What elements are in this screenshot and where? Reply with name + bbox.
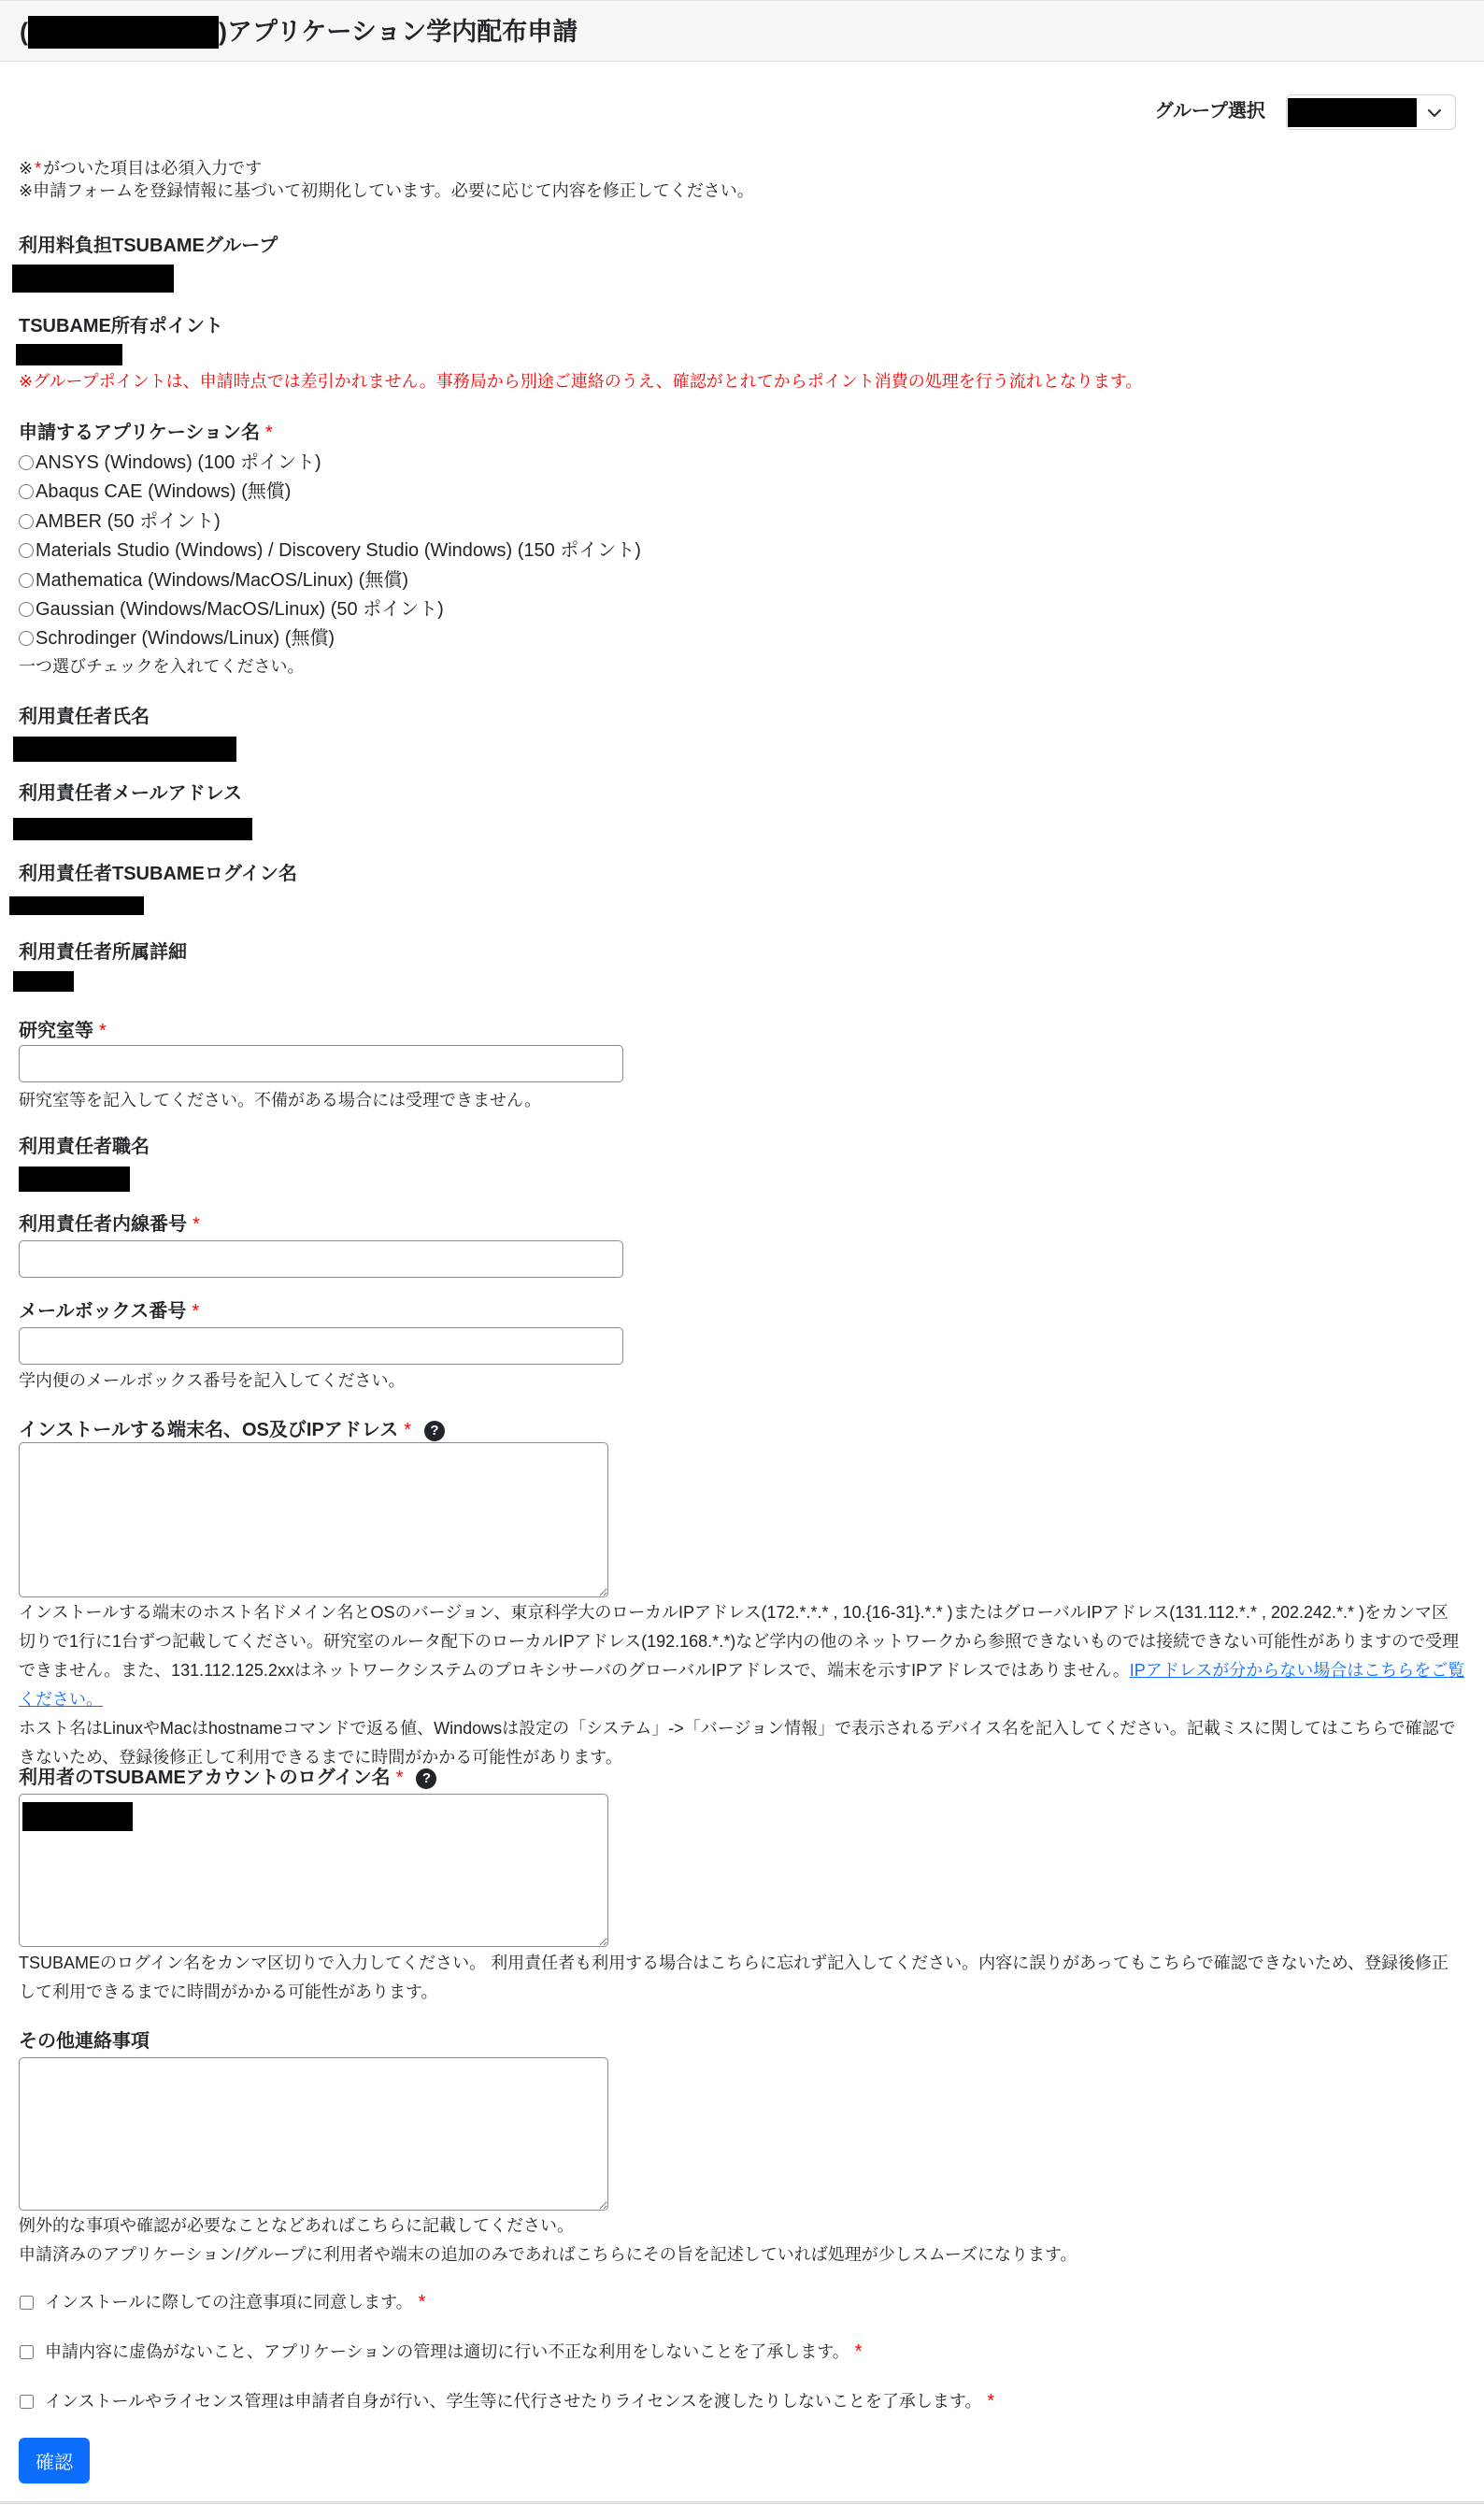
app-option-label: Abaqus CAE (Windows) (無償) — [36, 477, 291, 507]
app-radio[interactable] — [19, 543, 34, 558]
mailbox-help: 学内便のメールボックス番号を記入してください。 — [19, 1367, 405, 1396]
agreement-install-notes[interactable]: インストールに際しての注意事項に同意します。* — [20, 2287, 425, 2317]
required-mark: * — [193, 1214, 200, 1235]
required-mark: * — [192, 1301, 199, 1322]
redacted-group-value — [1288, 98, 1417, 127]
agreement-label: インストールに際しての注意事項に同意します。 — [45, 2287, 413, 2317]
manager-title-value-redacted — [19, 1167, 130, 1192]
app-radio[interactable] — [19, 631, 34, 646]
app-option-materials-studio[interactable]: Materials Studio (Windows) / Discovery S… — [19, 536, 641, 565]
app-option-gaussian[interactable]: Gaussian (Windows/MacOS/Linux) (50 ポイント) — [19, 594, 444, 624]
billing-group-label: 利用料負担TSUBAMEグループ — [19, 231, 278, 261]
prefill-note: ※申請フォームを登録情報に基づいて初期化しています。必要に応じて内容を修正してく… — [19, 179, 754, 202]
required-mark: * — [35, 159, 41, 178]
app-option-label: Gaussian (Windows/MacOS/Linux) (50 ポイント) — [36, 594, 444, 624]
application-label: 申請するアプリケーション名* — [19, 418, 273, 448]
app-option-label: Schrodinger (Windows/Linux) (無償) — [36, 623, 335, 653]
required-mark: * — [987, 2386, 994, 2416]
agreement-no-falsehood[interactable]: 申請内容に虚偽がないこと、アプリケーションの管理は適切に行い不正な利用をしないこ… — [20, 2337, 863, 2367]
help-icon[interactable]: ? — [416, 1768, 436, 1789]
app-option-label: Materials Studio (Windows) / Discovery S… — [36, 536, 641, 565]
user-logins-help: TSUBAMEのログイン名をカンマ区切りで入力してください。 利用責任者も利用す… — [19, 1949, 1465, 2007]
points-label: TSUBAME所有ポイント — [19, 311, 223, 341]
user-logins-value-redacted — [22, 1802, 133, 1831]
app-option-label: ANSYS (Windows) (100 ポイント) — [36, 448, 321, 478]
required-note-text: がついた項目は必須入力です — [43, 159, 262, 178]
group-select[interactable] — [1286, 94, 1456, 130]
mailbox-label: メールボックス番号* — [19, 1296, 199, 1326]
agreement-checkbox[interactable] — [20, 2296, 34, 2310]
agreement-label: 申請内容に虚偽がないこと、アプリケーションの管理は適切に行い不正な利用をしないこ… — [45, 2337, 849, 2367]
help-icon[interactable]: ? — [424, 1421, 445, 1441]
mailbox-input[interactable] — [19, 1327, 623, 1365]
terminals-textarea[interactable] — [19, 1442, 608, 1597]
required-mark: * — [855, 2337, 863, 2367]
app-radio[interactable] — [19, 602, 34, 617]
app-option-ansys[interactable]: ANSYS (Windows) (100 ポイント) — [19, 448, 321, 478]
required-note: ※*がついた項目は必須入力です — [19, 157, 262, 179]
required-mark: * — [419, 2287, 426, 2317]
terminals-label-text: インストールする端末名、OS及びIPアドレス — [19, 1420, 398, 1440]
mailbox-label-text: メールボックス番号 — [19, 1301, 186, 1322]
other-label: その他連絡事項 — [19, 2026, 150, 2056]
app-radio[interactable] — [19, 484, 34, 499]
app-option-amber[interactable]: AMBER (50 ポイント) — [19, 507, 221, 537]
confirm-button[interactable]: 確認 — [19, 2438, 90, 2484]
lab-help: 研究室等を記入してください。不備がある場合には受理できません。 — [19, 1086, 541, 1115]
required-mark: * — [396, 1768, 404, 1788]
app-option-mathematica[interactable]: Mathematica (Windows/MacOS/Linux) (無償) — [19, 565, 408, 595]
manager-affiliation-label: 利用責任者所属詳細 — [19, 938, 187, 967]
app-radio[interactable] — [19, 573, 34, 588]
app-radio[interactable] — [19, 514, 34, 529]
chevron-down-icon — [1427, 107, 1442, 120]
manager-email-value-redacted — [13, 818, 252, 840]
manager-login-label: 利用責任者TSUBAMEログイン名 — [19, 859, 297, 889]
manager-login-value-redacted — [9, 896, 144, 915]
app-radio[interactable] — [19, 455, 34, 470]
manager-affiliation-value-redacted — [13, 971, 74, 992]
extension-label-text: 利用責任者内線番号 — [19, 1214, 187, 1235]
note-prefix: ※ — [19, 159, 33, 178]
title-open: ( — [20, 1, 28, 63]
lab-input[interactable] — [19, 1045, 623, 1082]
required-mark: * — [99, 1021, 107, 1041]
page-header: ()アプリケーション学内配布申請 — [0, 0, 1484, 62]
manager-name-label: 利用責任者氏名 — [19, 702, 150, 732]
terminals-label: インストールする端末名、OS及びIPアドレス*? — [19, 1415, 445, 1445]
required-mark: * — [265, 422, 273, 443]
app-option-label: AMBER (50 ポイント) — [36, 507, 221, 537]
app-option-label: Mathematica (Windows/MacOS/Linux) (無償) — [36, 565, 408, 595]
application-label-text: 申請するアプリケーション名 — [19, 422, 260, 443]
agreement-checkbox[interactable] — [20, 2345, 34, 2359]
agreement-self-management[interactable]: インストールやライセンス管理は申請者自身が行い、学生等に代行させたりライセンスを… — [20, 2386, 994, 2416]
app-option-abaqus[interactable]: Abaqus CAE (Windows) (無償) — [19, 477, 291, 507]
manager-name-value-redacted — [13, 737, 236, 762]
terminals-hostname-help: ホスト名はLinuxやMacはhostnameコマンドで返る値、Windowsは… — [19, 1719, 1456, 1767]
application-form-page: ()アプリケーション学内配布申請 グループ選択 ※*がついた項目は必須入力です … — [0, 0, 1484, 2505]
extension-input[interactable] — [19, 1240, 623, 1278]
billing-group-value-redacted — [12, 265, 174, 293]
required-mark: * — [404, 1420, 411, 1440]
manager-title-label: 利用責任者職名 — [19, 1132, 150, 1162]
agreement-checkbox[interactable] — [20, 2395, 34, 2409]
agreement-label: インストールやライセンス管理は申請者自身が行い、学生等に代行させたりライセンスを… — [45, 2386, 981, 2416]
user-logins-label: 利用者のTSUBAMEアカウントのログイン名*? — [19, 1763, 436, 1793]
application-help: 一つ選びチェックを入れてください。 — [19, 652, 304, 681]
manager-email-label: 利用責任者メールアドレス — [19, 779, 242, 809]
group-select-label: グループ選択 — [1155, 96, 1265, 126]
other-help-2: 申請済みのアプリケーション/グループに利用者や端末の追加のみであればこちらにその… — [19, 2240, 1077, 2269]
redacted-title-part — [28, 16, 219, 49]
extension-label: 利用責任者内線番号* — [19, 1210, 200, 1239]
title-text: )アプリケーション学内配布申請 — [219, 1, 578, 63]
card-bottom-border — [0, 2501, 1484, 2504]
points-value-redacted — [16, 344, 122, 365]
points-warning: ※グループポイントは、申請時点では差引かれません。事務局から別途ご連絡のうえ、確… — [19, 370, 1142, 393]
app-option-schrodinger[interactable]: Schrodinger (Windows/Linux) (無償) — [19, 623, 335, 653]
other-help-1: 例外的な事項や確認が必要なことなどあればこちらに記載してください。 — [19, 2212, 574, 2240]
page-title: ()アプリケーション学内配布申請 — [20, 1, 578, 63]
lab-label: 研究室等* — [19, 1016, 107, 1046]
terminals-help: インストールする端末のホスト名ドメイン名とOSのバージョン、東京科学大のローカル… — [19, 1598, 1465, 1772]
lab-label-text: 研究室等 — [19, 1021, 93, 1041]
other-textarea[interactable] — [19, 2057, 608, 2211]
user-logins-label-text: 利用者のTSUBAMEアカウントのログイン名 — [19, 1768, 391, 1788]
